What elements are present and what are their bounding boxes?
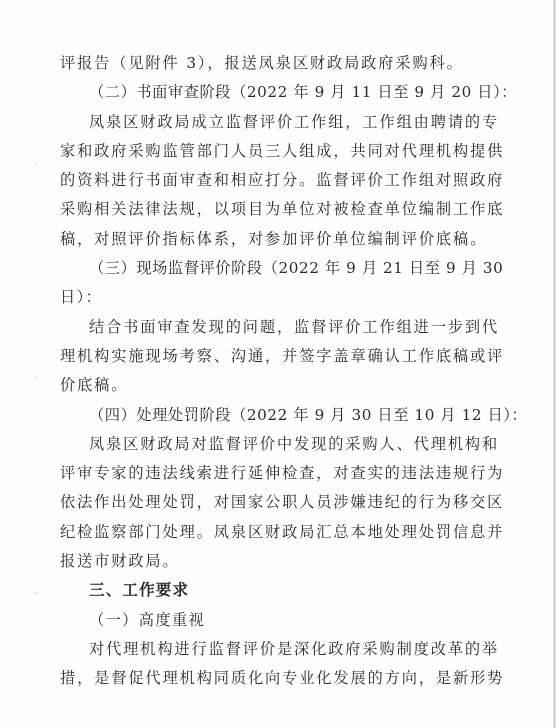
section-heading-work-requirements: 三、工作要求 [60, 576, 455, 605]
section-subheading-continuation: 日）： [60, 283, 455, 312]
text-line: 评审专家的违法线索进行延伸检查，对查实的违法违规行为 [60, 459, 455, 488]
text-line: 价底稿。 [60, 371, 455, 400]
text-line: 结合书面审查发现的问题，监督评价工作组进一步到代 [60, 313, 455, 342]
document-page: 评报告（见附件 3），报送凤泉区财政局政府采购科。 （二）书面审查阶段（2022… [0, 0, 553, 728]
section-subheading-onsite-evaluation: （三）现场监督评价阶段（2022 年 9 月 21 日至 9 月 30 [60, 254, 455, 283]
section-subheading-written-review: （二）书面审查阶段（2022 年 9 月 11 日至 9 月 20 日）： [60, 78, 455, 107]
text-line: 稿，对照评价指标体系，对参加评价单位编制评价底稿。 [60, 225, 455, 254]
text-line: 措，是督促代理机构同质化向专业化发展的方向，是新形势 [60, 664, 455, 693]
text-line: 凤泉区财政局成立监督评价工作组，工作组由聘请的专 [60, 108, 455, 137]
scan-speck [35, 377, 36, 378]
document-body: 评报告（见附件 3），报送凤泉区财政局政府采购科。 （二）书面审查阶段（2022… [60, 49, 455, 694]
text-line: 依法作出处理处罚，对国家公职人员涉嫌违纪的行为移交区 [60, 488, 455, 517]
text-line: 评报告（见附件 3），报送凤泉区财政局政府采购科。 [60, 49, 455, 78]
text-line: 报送市财政局。 [60, 547, 455, 576]
text-line: 的资料进行书面审查和相应打分。监督评价工作组对照政府 [60, 166, 455, 195]
text-line: 理机构实施现场考察、沟通，并签字盖章确认工作底稿或评 [60, 342, 455, 371]
text-line: 采购相关法律法规，以项目为单位对被检查单位编制工作底 [60, 195, 455, 224]
section-subheading-penalty: （四）处理处罚阶段（2022 年 9 月 30 日至 10 月 12 日）： [60, 401, 455, 430]
text-line: 对代理机构进行监督评价是深化政府采购制度改革的举 [60, 635, 455, 664]
section-subheading-high-priority: （一）高度重视 [60, 606, 455, 635]
text-line: 家和政府采购监管部门人员三人组成，共同对代理机构提供 [60, 137, 455, 166]
scan-speck [36, 163, 37, 164]
text-line: 凤泉区财政局对监督评价中发现的采购人、代理机构和 [60, 430, 455, 459]
text-line: 纪检监察部门处理。凤泉区财政局汇总本地处理处罚信息并 [60, 518, 455, 547]
scan-speck [36, 592, 37, 593]
